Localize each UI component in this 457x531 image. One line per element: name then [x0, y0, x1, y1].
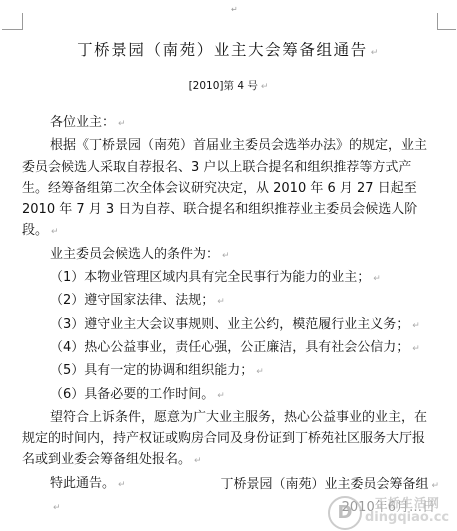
condition-item: （5）具有一定的协调和组织能力；↵	[22, 360, 437, 383]
condition-item: （6）具备必要的工作时间。↵	[22, 384, 437, 407]
watermark-logo-icon: D	[328, 496, 362, 530]
watermark-url: dingqiao.cc	[365, 510, 449, 525]
paragraph-election-period: 根据《丁桥景园（南苑）首届业主委员会选举办法》的规定，业主委员会候选人采取自荐报…	[22, 135, 437, 243]
watermark: D 丁桥生活网 dingqiao.cc	[320, 492, 457, 531]
document-title: 丁桥景园（南苑）业主大会筹备组通告↵	[0, 38, 457, 60]
document-body: 各位业主：↵ 根据《丁桥景园（南苑）首届业主委员会选举办法》的规定，业主委员会候…	[22, 112, 437, 519]
conditions-intro: 业主委员会候选人的条件为：↵	[22, 244, 437, 267]
salutation: 各位业主：↵	[22, 112, 437, 135]
document-number: [2010]第 4 号↵	[0, 78, 457, 93]
condition-item: （1）本物业管理区域内具有完全民事行为能力的业主；↵	[22, 267, 437, 290]
condition-item: （4）热心公益事业，责任心强，公正廉洁，具有社会公信力；↵	[22, 337, 437, 360]
watermark-name: 丁桥生活网	[375, 494, 440, 511]
paragraph-registration: 望符合上诉条件，愿意为广大业主服务，热心公益事业的业主，在规定的时间内，持产权证…	[22, 407, 437, 473]
condition-item: （2）遵守国家法律、法规；↵	[22, 290, 437, 313]
paragraph-mark-top: ↵	[231, 5, 238, 14]
signature: 丁桥景园（南苑）业主委员会筹备组↵	[220, 473, 439, 492]
condition-item: （3）遵守业主大会议事规则、业主公约，模范履行业主义务；↵	[22, 314, 437, 337]
margin-corner-top-right	[437, 13, 456, 30]
margin-corner-top-left	[2, 13, 23, 30]
